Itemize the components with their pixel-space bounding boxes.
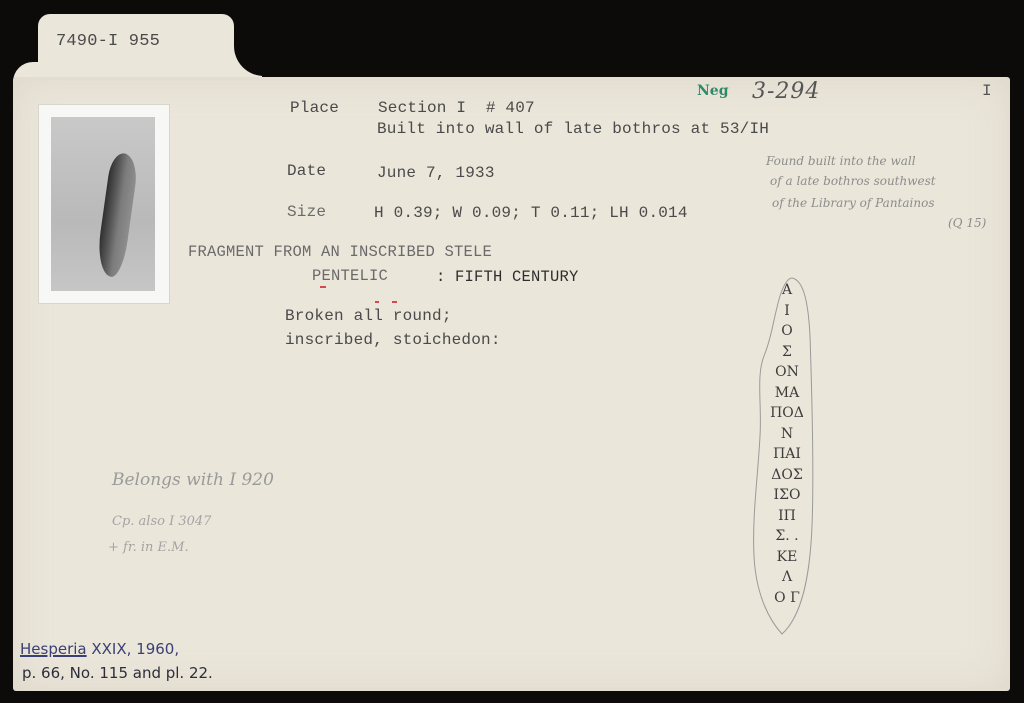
negative-label: Neg	[697, 83, 729, 99]
date-label: Date	[287, 162, 326, 180]
handwritten-note-line4: (Q 15)	[948, 216, 986, 230]
inscription-line: ΠΟΔ	[762, 403, 812, 424]
handwritten-note-line2: of a late bothros southwest	[770, 174, 936, 188]
corner-mark: I	[982, 82, 992, 100]
inscription-line: Ν	[762, 424, 812, 445]
object-photo	[38, 104, 170, 304]
volume-year: XXIX, 1960,	[87, 640, 180, 658]
inscription-line: Σ	[762, 342, 812, 363]
inscription-line: ΚΕ	[762, 547, 812, 568]
description-line2: inscribed, stoichedon:	[285, 331, 501, 349]
tab-right-shoulder	[222, 40, 262, 80]
inscription-line: Α	[762, 280, 812, 301]
material: PENTELIC	[312, 267, 388, 285]
publication-line1: Hesperia XXIX, 1960,	[20, 640, 179, 658]
inscription-line: Ι	[762, 301, 812, 322]
red-pencil-mark	[320, 286, 326, 288]
date-value: June 7, 1933	[377, 164, 495, 182]
inscription-transcription: Α Ι Ο Σ ΟΝ ΜΑ ΠΟΔ Ν ΠΑΙ ΔΟΣ ΙΣΟ ΙΠ Σ. . …	[762, 280, 812, 608]
inscription-line: Ο Γ	[762, 588, 812, 609]
object-title: FRAGMENT FROM AN INSCRIBED STELE	[188, 243, 492, 261]
red-pencil-mark	[392, 301, 397, 303]
inscription-line: Ο	[762, 321, 812, 342]
inscription-line: ΜΑ	[762, 383, 812, 404]
inscription-line: ΔΟΣ	[762, 465, 812, 486]
publication-details: p. 66, No. 115 and pl. 22.	[22, 664, 213, 682]
catalog-number: 7490-I 955	[56, 32, 160, 51]
size-label: Size	[287, 203, 326, 221]
handwritten-note-line3: of the Library of Pantainos	[772, 196, 934, 210]
red-pencil-mark	[375, 301, 379, 303]
description-line1: Broken all round;	[285, 307, 452, 325]
handwritten-note-line1: Found built into the wall	[766, 154, 916, 168]
size-value: H 0.39; W 0.09; T 0.11; LH 0.014	[374, 204, 688, 222]
place-line1: Section I # 407	[378, 99, 535, 117]
place-label: Place	[290, 99, 339, 117]
period: : FIFTH CENTURY	[436, 268, 579, 286]
inscription-line: Σ. .	[762, 526, 812, 547]
negative-number: 3-294	[752, 79, 820, 104]
pencil-note-compare: Cp. also I 3047	[112, 514, 211, 529]
stone-fragment-image	[95, 152, 140, 279]
inscription-line: ΠΑΙ	[762, 444, 812, 465]
inscription-line: Λ	[762, 567, 812, 588]
inscription-line: ΙΣΟ	[762, 485, 812, 506]
photo-background	[51, 117, 155, 291]
inscription-line: ΙΠ	[762, 506, 812, 527]
pencil-note-location: + fr. in E.M.	[108, 540, 189, 555]
place-line2: Built into wall of late bothros at 53/IH	[377, 120, 769, 138]
pencil-note-joins: Belongs with I 920	[112, 470, 274, 490]
journal-name: Hesperia	[20, 640, 87, 658]
inscription-line: ΟΝ	[762, 362, 812, 383]
